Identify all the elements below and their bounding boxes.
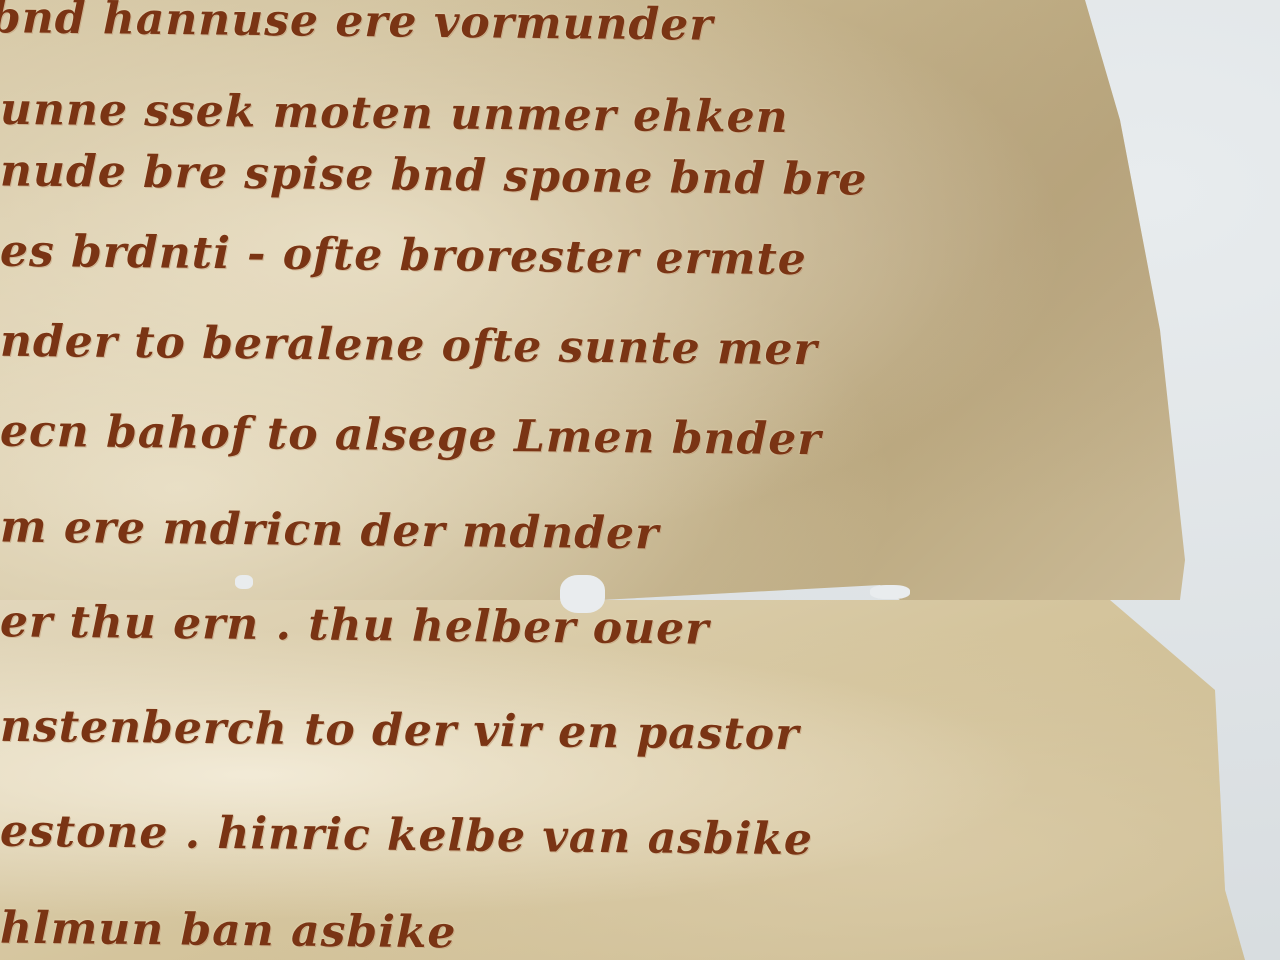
- manuscript-line: es brdnti - ofte brorester ermte: [0, 226, 807, 285]
- manuscript-line: nder to beralene ofte sunte mer: [0, 316, 818, 376]
- parchment-hole: [870, 585, 910, 599]
- manuscript-line: hlmun ban asbike: [0, 903, 457, 959]
- manuscript-line: ecn bahof to alsege Lmen bnder: [0, 406, 822, 466]
- manuscript-line: nude bre spise bnd spone bnd bre: [0, 145, 868, 205]
- manuscript-line: bnd hannuse ere vormunder: [0, 0, 714, 51]
- parchment-hole: [235, 575, 253, 589]
- manuscript-line: m ere mdricn der mdnder: [0, 502, 659, 560]
- manuscript-line: estone . hinric kelbe van asbike: [0, 806, 813, 866]
- manuscript-line: nstenberch to der vir en pastor: [0, 701, 800, 760]
- manuscript-line: unne ssek moten unmer ehken: [0, 84, 789, 143]
- manuscript-line: er thu ern . thu helber ouer: [0, 596, 710, 654]
